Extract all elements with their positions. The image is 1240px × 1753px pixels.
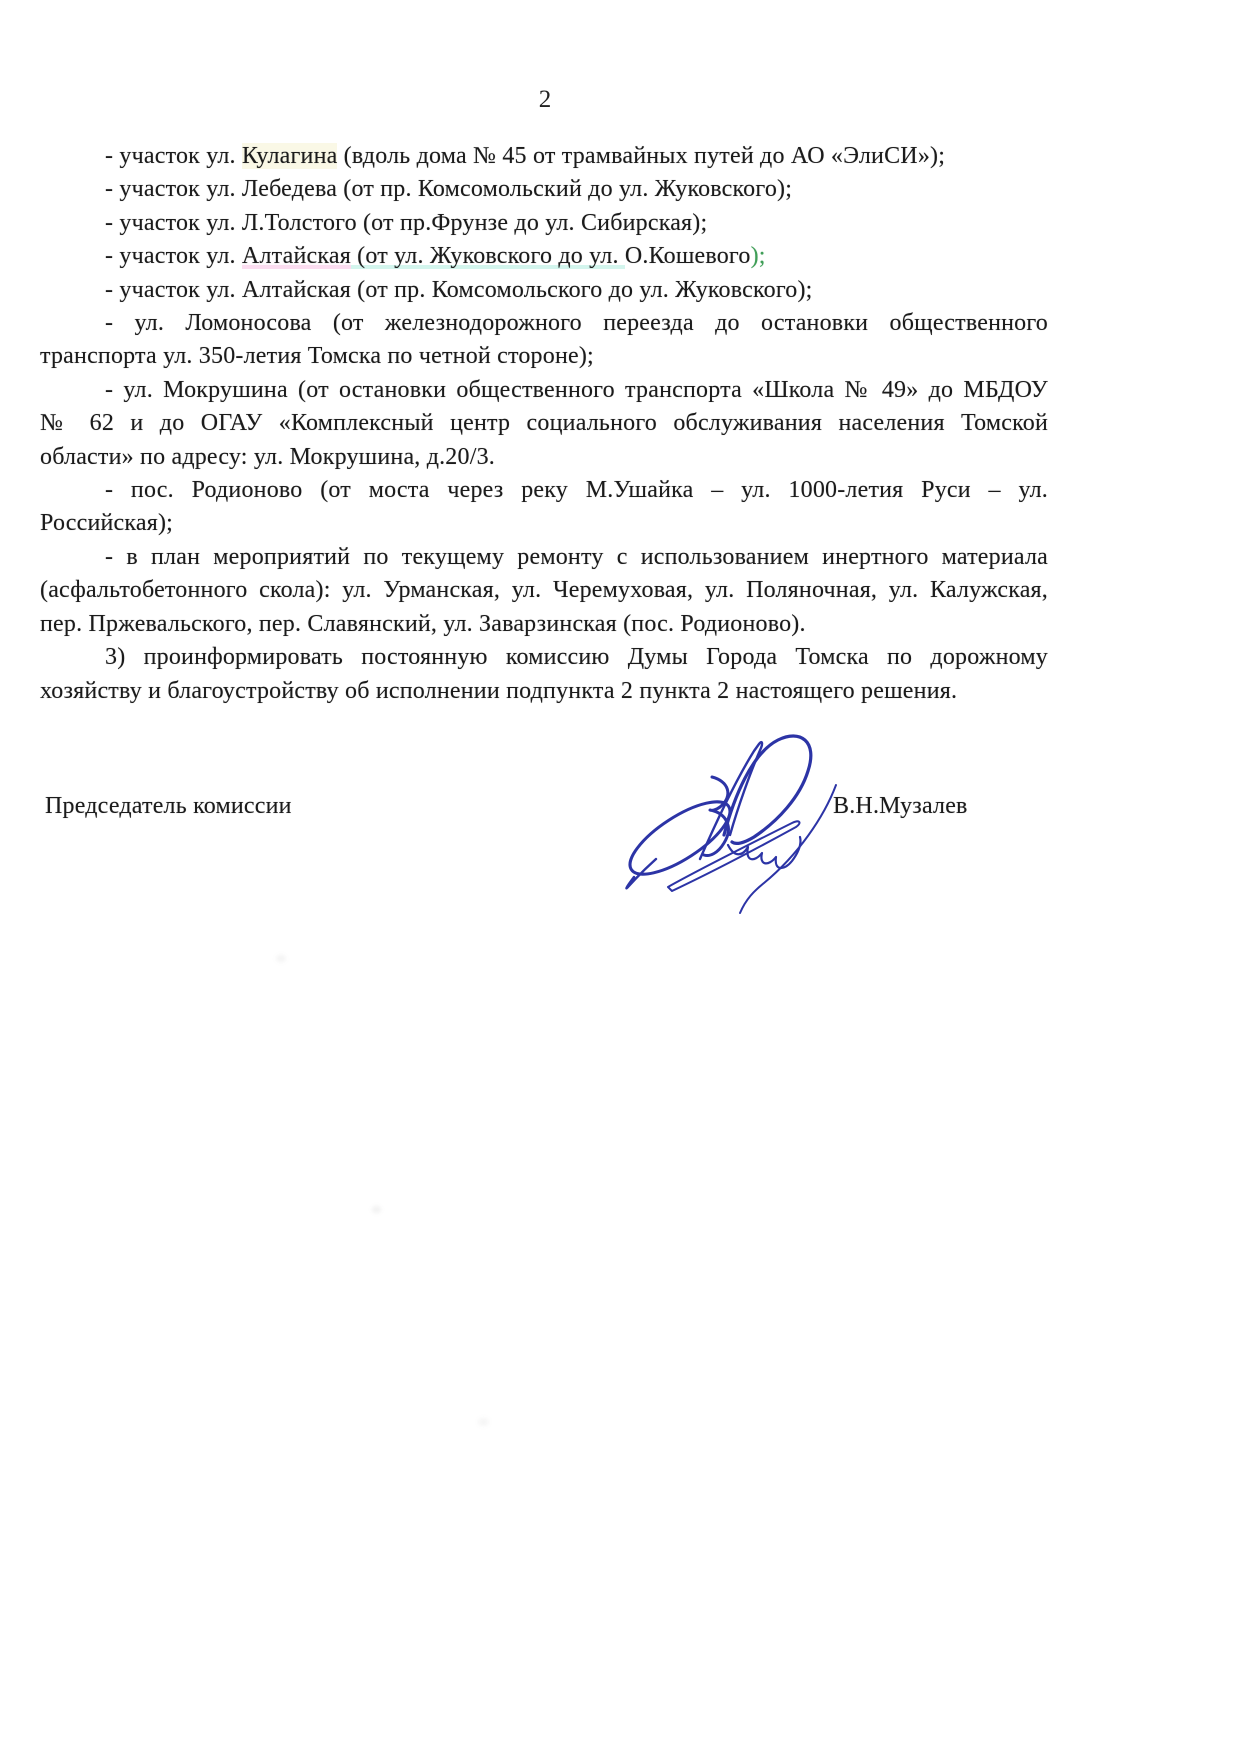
paragraph-item-3: 3) проинформировать постоянную комиссию … bbox=[40, 641, 1048, 708]
list-item-kulagina: - участок ул. Кулагина (вдоль дома № 45 … bbox=[40, 140, 1048, 173]
text-line: области» по адресу: ул. Мокрушина, д.20/… bbox=[40, 441, 1048, 474]
paragraph-mokrushina: - ул. Мокрушина (от остановки общественн… bbox=[40, 374, 1048, 474]
document-page: 2 - участок ул. Кулагина (вдоль дома № 4… bbox=[0, 0, 1240, 1753]
text-line: транспорта ул. 350-летия Томска по четно… bbox=[40, 340, 1048, 373]
text-line: Российская); bbox=[40, 507, 1048, 540]
scan-smudge bbox=[478, 1418, 489, 1426]
paragraph-inert-material: - в план мероприятий по текущему ремонту… bbox=[40, 541, 1048, 641]
list-item-text-artifact: (от ул. Жуковского до ул. bbox=[351, 243, 625, 269]
list-item-lebedeva: - участок ул. Лебедева (от пр. Комсомоль… bbox=[40, 173, 1048, 206]
paragraph-rodionovo: - пос. Родионово (от моста через реку М.… bbox=[40, 474, 1048, 541]
list-item-text: - участок ул. bbox=[105, 143, 242, 169]
list-item-text: (вдоль дома № 45 от трамвайных путей до … bbox=[337, 143, 945, 169]
list-item-tolstogo: - участок ул. Л.Толстого (от пр.Фрунзе д… bbox=[40, 207, 1048, 240]
chairman-label: Председатель комиссии bbox=[45, 793, 292, 820]
text-line: 3) проинформировать постоянную комиссию … bbox=[40, 641, 1048, 674]
list-item-text: - участок ул. bbox=[105, 243, 242, 269]
text-line: № 62 и до ОГАУ «Комплексный центр социал… bbox=[40, 407, 1048, 440]
text-line: пер. Пржевальского, пер. Славянский, ул.… bbox=[40, 608, 1048, 641]
list-item-text: О.Кошевого bbox=[625, 243, 751, 269]
green-scan-artifact-text: ); bbox=[751, 243, 766, 269]
text-line: хозяйству и благоустройству об исполнени… bbox=[40, 675, 1048, 708]
list-item-altayskaya-2: - участок ул. Алтайская (от пр. Комсомол… bbox=[40, 274, 1048, 307]
scan-smudge bbox=[372, 1206, 381, 1213]
street-name-highlighted: Кулагина bbox=[242, 143, 338, 169]
text-line: - ул. Ломоносова (от железнодорожного пе… bbox=[40, 307, 1048, 340]
text-line: - пос. Родионово (от моста через реку М.… bbox=[40, 474, 1048, 507]
list-item-altayskaya-1: - участок ул. Алтайская (от ул. Жуковско… bbox=[40, 240, 1048, 273]
signer-name: В.Н.Музалев bbox=[833, 793, 968, 820]
page-number: 2 bbox=[0, 86, 1090, 114]
scan-smudge bbox=[276, 955, 286, 962]
handwritten-signature bbox=[612, 725, 847, 925]
paragraph-lomonosova: - ул. Ломоносова (от железнодорожного пе… bbox=[40, 307, 1048, 374]
body-text: - участок ул. Кулагина (вдоль дома № 45 … bbox=[40, 140, 1048, 708]
text-line: - в план мероприятий по текущему ремонту… bbox=[40, 541, 1048, 574]
street-name-artifact: Алтайская bbox=[242, 243, 351, 269]
text-line: (асфальтобетонного скола): ул. Урманская… bbox=[40, 574, 1048, 607]
text-line: - ул. Мокрушина (от остановки общественн… bbox=[40, 374, 1048, 407]
